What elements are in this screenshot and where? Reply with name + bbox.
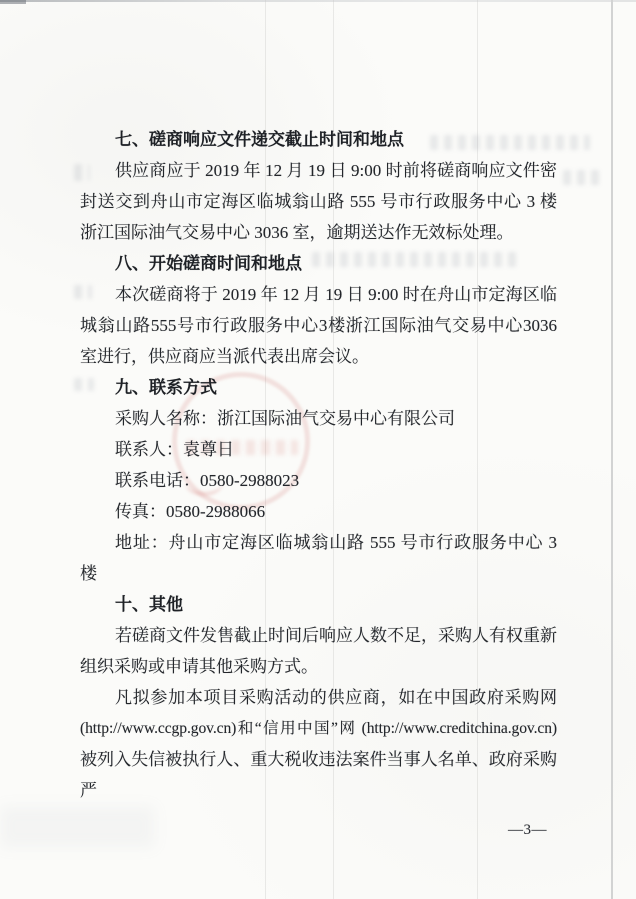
purchaser-name-line: 采购人名称：浙江国际油气交易中心有限公司	[80, 403, 557, 434]
doc-line: 凡拟参加本项目采购活动的供应商，如在中国政府采购网	[80, 682, 557, 713]
scan-edge-right	[611, 0, 613, 899]
document-body: 七、磋商响应文件递交截止时间和地点 供应商应于 2019 年 12 月 19 日…	[80, 124, 557, 806]
doc-line: 封送交到舟山市定海区临城翁山路 555 号市行政服务中心 3 楼	[80, 186, 557, 217]
section-heading-8: 八、开始磋商时间和地点	[80, 248, 557, 279]
doc-line: 室进行，供应商应当派代表出席会议。	[80, 341, 557, 372]
page-number: —3—	[508, 822, 547, 839]
doc-line: 浙江国际油气交易中心 3036 室，逾期送达作无效标处理。	[80, 217, 557, 248]
scan-corner-notch	[0, 0, 26, 4]
doc-line: 本次磋商将于 2019 年 12 月 19 日 9:00 时在舟山市定海区临	[80, 279, 557, 310]
address-line-continuation: 楼	[80, 558, 557, 589]
doc-line: 组织采购或申请其他采购方式。	[80, 651, 557, 682]
doc-line: 被列入失信被执行人、重大税收违法案件当事人名单、政府采购严	[80, 744, 557, 806]
scanned-page: 七、磋商响应文件递交截止时间和地点 供应商应于 2019 年 12 月 19 日…	[0, 0, 636, 899]
doc-line: 城翁山路555号市行政服务中心3楼浙江国际油气交易中心3036	[80, 310, 557, 341]
contact-phone-line: 联系电话：0580-2988023	[80, 465, 557, 496]
doc-line: 若磋商文件发售截止时间后响应人数不足，采购人有权重新	[80, 620, 557, 651]
scan-edge-top	[0, 0, 636, 2]
ink-bleedthrough-smudge	[563, 170, 605, 185]
contact-person-line: 联系人：袁尊日	[80, 434, 557, 465]
ink-bleedthrough-smudge	[0, 806, 155, 848]
doc-line-urls: (http://www.ccgp.gov.cn)和“信用中国”网 (http:/…	[80, 713, 557, 744]
doc-line: 供应商应于 2019 年 12 月 19 日 9:00 时前将磋商响应文件密	[80, 155, 557, 186]
section-heading-9: 九、联系方式	[80, 372, 557, 403]
fax-line: 传真：0580-2988066	[80, 496, 557, 527]
section-heading-7: 七、磋商响应文件递交截止时间和地点	[80, 124, 557, 155]
address-line: 地址：舟山市定海区临城翁山路 555 号市行政服务中心 3	[80, 527, 557, 558]
section-heading-10: 十、其他	[80, 589, 557, 620]
